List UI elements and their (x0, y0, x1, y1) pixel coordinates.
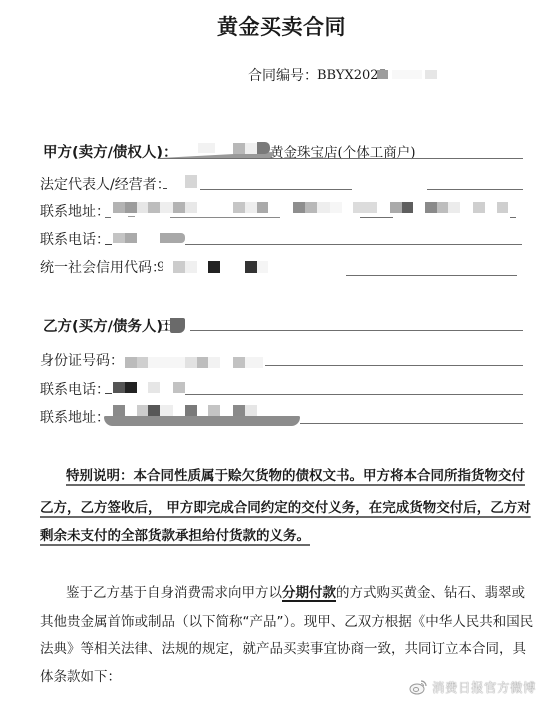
redaction-block (448, 202, 460, 213)
special-note-line: 剩余未支付的全部货款承担给付货款的义务。 (40, 521, 310, 551)
preamble-text: 的方式购买黄金、钻石、翡翠或 (336, 585, 525, 601)
redaction-block (125, 382, 137, 393)
redaction-block (198, 143, 215, 153)
party-a-address-label: 联系地址： (40, 202, 110, 222)
redaction-block (257, 142, 270, 154)
fill-line (300, 423, 523, 424)
redaction-block (245, 202, 257, 213)
redaction-block (148, 382, 160, 393)
redaction-block (473, 202, 485, 213)
party-b-name: 王 (160, 317, 170, 337)
fill-line (427, 189, 523, 190)
party-b-heading: 乙方(买方/债务人)： (43, 317, 178, 337)
party-a-name: 黄金珠宝店(个体工商户) (270, 143, 416, 163)
redaction-block (148, 357, 185, 368)
redaction-block (185, 261, 197, 273)
redaction-block (197, 357, 208, 368)
redaction-block (125, 233, 137, 243)
redaction-block (185, 175, 197, 188)
redaction-block (437, 202, 448, 213)
party-a-legal-rep-label: 法定代表人/经营者： (40, 175, 171, 195)
redaction-block (390, 202, 402, 213)
redaction-block (137, 357, 148, 368)
fill-line (185, 394, 523, 395)
party-b-phone-label: 联系电话： (40, 380, 110, 400)
redaction-block (233, 143, 245, 154)
fill-line (510, 217, 516, 218)
redaction-block (113, 233, 125, 243)
weibo-icon (409, 678, 429, 696)
document-title: 黄金买卖合同 (217, 15, 346, 39)
preamble-line: 其他贵金属首饰或制品（以下简称“产品”）。现甲、乙双方根据《中华人民共和国民 (40, 608, 525, 636)
redaction-block (245, 261, 257, 273)
preamble-line: 鉴于乙方基于自身消费需求向甲方以分期付款的方式购买黄金、钻石、翡翠或 (66, 579, 525, 607)
fill-line (105, 217, 111, 218)
fill-line (105, 244, 112, 245)
redaction-block (257, 261, 268, 273)
redaction-block (208, 261, 220, 273)
fill-line (190, 330, 523, 331)
party-a-phone-label: 联系电话： (40, 230, 110, 250)
redaction-block (160, 233, 185, 243)
redaction-block (353, 202, 377, 213)
redaction-block (173, 202, 185, 213)
redaction-block (185, 202, 197, 213)
fill-line (105, 393, 112, 394)
redaction-block (330, 202, 342, 213)
fill-line (170, 217, 280, 218)
party-b-address-label: 联系地址： (40, 408, 110, 428)
redaction-block (402, 202, 413, 213)
party-a-credit-code-value: 9 (157, 258, 163, 278)
redaction-block (170, 318, 185, 333)
redaction-block (160, 202, 173, 213)
preamble-text: 鉴于乙方基于自身消费需求向甲方以 (66, 585, 282, 601)
redaction-block (305, 202, 317, 213)
installment-emphasis: 分期付款 (282, 585, 336, 601)
party-b-id-label: 身份证号码： (40, 351, 124, 371)
redaction-block (245, 357, 263, 368)
redaction-block (185, 357, 197, 368)
special-note-line: 乙方，乙方签收后， 甲方即完成合同约定的交付义务，在完成货物交付后，乙方对 (40, 493, 523, 523)
fill-line (163, 188, 167, 189)
redaction-block (125, 357, 137, 368)
redaction-block (148, 202, 160, 213)
redaction-block (233, 202, 245, 213)
redaction-block (233, 357, 245, 368)
fill-line (346, 275, 517, 276)
fill-line (360, 217, 393, 218)
redaction-block (425, 202, 437, 213)
redaction-block (425, 70, 437, 79)
special-note-line: 特别说明：本合同性质属于赊欠货物的债权文书。甲方将本合同所指货物交付 (66, 461, 523, 491)
redaction-block (497, 202, 508, 213)
fill-line (185, 244, 522, 245)
redaction-block (392, 70, 422, 79)
redaction-block (125, 202, 137, 213)
contract-number-label: 合同编号： (248, 66, 318, 86)
watermark-text: 消费日报官方微博 (432, 679, 536, 697)
redaction-block (113, 382, 125, 393)
redaction-block (173, 382, 185, 393)
redaction-block (317, 202, 330, 213)
fill-line (200, 189, 352, 190)
redaction-block (173, 261, 185, 273)
redaction-block (293, 202, 305, 213)
redaction-block (208, 357, 220, 368)
fill-line (265, 365, 523, 366)
redaction-smudge (104, 416, 300, 426)
party-a-credit-code-label: 统一社会信用代码： (40, 258, 166, 278)
redaction-block (257, 202, 268, 213)
redaction-block (245, 143, 257, 154)
redaction-block (137, 202, 148, 213)
fill-line (160, 158, 523, 159)
redaction-block (113, 202, 125, 213)
redaction-block (377, 70, 388, 79)
fill-line (128, 216, 135, 217)
preamble-line: 法典》等相关法律、法规的规定，就产品买卖事宜协商一致，共同订立本合同，具 (40, 635, 525, 663)
preamble-line: 体条款如下： (40, 663, 121, 691)
party-a-heading: 甲方(卖方/债权人)： (43, 143, 178, 163)
